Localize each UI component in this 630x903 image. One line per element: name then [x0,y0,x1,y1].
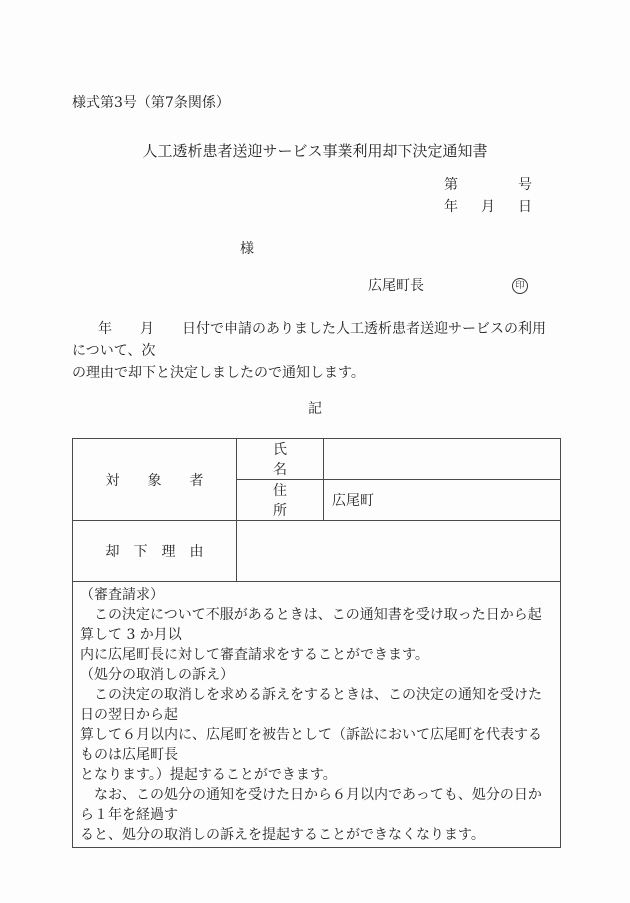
date-year-label: 年 [444,199,458,215]
body-paragraph: 年 月 日付で申請のありました人工透析患者送迎サービスの利用について、次 の理由… [72,318,558,384]
subject-table: 対象者 氏名 住所 広尾町 却下理由 （審査請求） この決定について不服があると… [72,438,561,848]
notes-line: 内に広尾町長に対して審査請求をすることができます。 [80,645,553,665]
date-day-label: 日 [518,199,532,215]
table-row: 対象者 氏名 [73,439,561,480]
form-number-label: 様式第3号（第7条関係） [72,95,630,111]
date-line: 年 月 日 [444,199,532,215]
doc-number-prefix: 第 [444,177,458,193]
body-line: の理由で却下と決定しましたので通知します。 [72,362,558,384]
subject-label-cell: 対象者 [73,439,237,521]
document-number-line: 第 号 [444,177,532,193]
notes-line: 算して６月以内に、広尾町を被告として（訴訟において広尾町を代表するものは広尾町長 [80,725,553,765]
name-value-cell [324,439,561,480]
notes-line: この決定の取消しを求める訴えをするときは、この決定の通知を受けた日の翌日から起 [80,685,553,725]
notes-line: なお、この処分の通知を受けた日から６月以内であっても、処分の日から１年を経過す [80,785,553,825]
date-month-label: 月 [481,199,495,215]
section-marker-ki: 記 [0,401,630,417]
rejection-reason-value-cell [237,521,561,582]
notes-line: この決定について不服があるときは、この通知書を受け取った日から起算して 3 か月… [80,605,553,645]
notes-line: （審査請求） [80,585,553,605]
seal-icon: 印 [512,278,528,294]
document-title: 人工透析患者送迎サービス事業利用却下決定通知書 [0,142,630,160]
document-number-block: 第 号 年 月 日 [444,177,532,215]
body-line: 年 月 日付で申請のありました人工透析患者送迎サービスの利用について、次 [72,318,558,362]
notes-line: となります。）提起することができます。 [80,765,553,785]
recipient-honorific: 様 [240,241,630,257]
doc-number-suffix: 号 [518,177,532,193]
address-value-cell: 広尾町 [324,480,561,521]
appeal-notes-cell: （審査請求） この決定について不服があるときは、この通知書を受け取った日から起算… [73,582,561,848]
table-row: （審査請求） この決定について不服があるときは、この通知書を受け取った日から起算… [73,582,561,848]
name-label-cell: 氏名 [237,439,324,480]
rejection-reason-label-cell: 却下理由 [73,521,237,582]
document-page: 様式第3号（第7条関係） 人工透析患者送迎サービス事業利用却下決定通知書 第 号… [0,0,630,903]
notes-line: （処分の取消しの訴え） [80,665,553,685]
issuer-line: 広尾町長 印 [368,278,528,294]
notes-line: ると、処分の取消しの訴えを提起することができなくなります。 [80,825,553,845]
table-row: 却下理由 [73,521,561,582]
address-label-cell: 住所 [237,480,324,521]
issuer-name: 広尾町長 [368,278,424,294]
